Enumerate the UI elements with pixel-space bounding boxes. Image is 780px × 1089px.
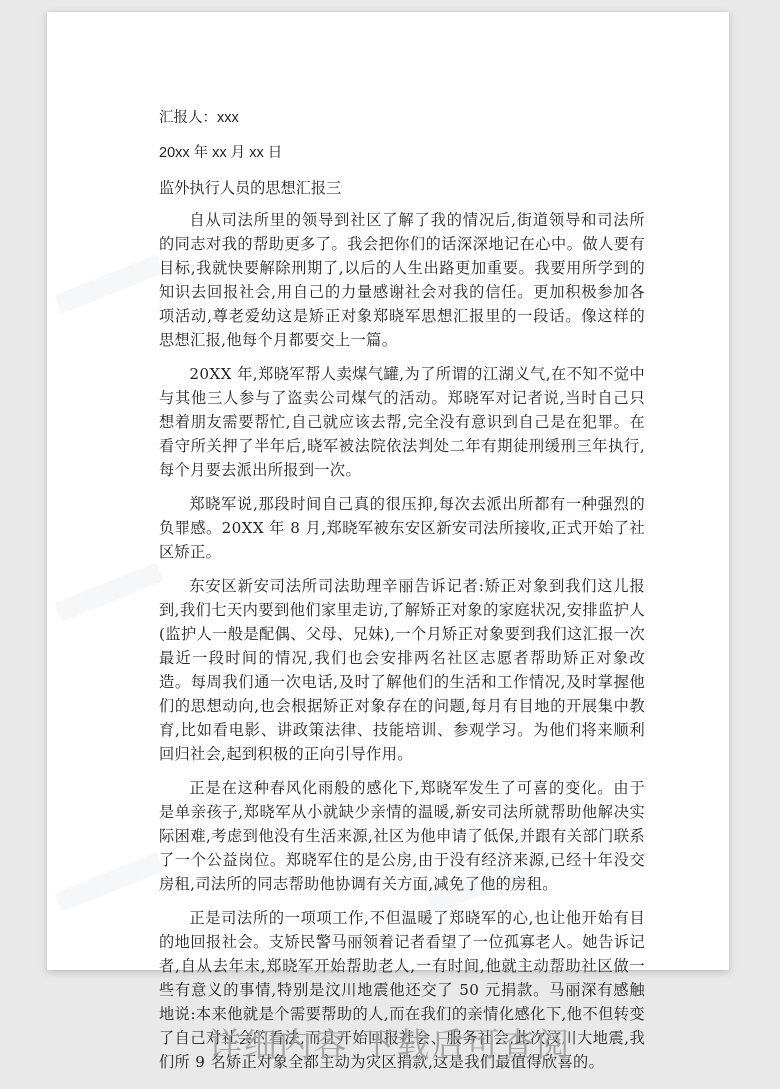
download-hint: 详细内容 下载后可查阅 [0, 1019, 780, 1066]
reporter-line: 汇报人：xxx [159, 106, 645, 130]
paragraph: 正是在这种春风化雨般的感化下,郑晓军发生了可喜的变化。由于是单亲孩子,郑晓军从小… [159, 776, 645, 896]
watermark [54, 254, 165, 318]
date-line: 20xx 年 xx 月 xx 日 [159, 141, 645, 165]
document-body: 汇报人：xxx 20xx 年 xx 月 xx 日 监外执行人员的思想汇报三 自从… [159, 106, 645, 1084]
watermark [54, 852, 165, 916]
document-title: 监外执行人员的思想汇报三 [159, 176, 645, 200]
paragraph: 郑晓军说,那段时间自己真的很压抑,每次去派出所都有一种强烈的负罪感。20XX 年… [159, 492, 645, 564]
watermark [54, 562, 165, 626]
paragraph: 自从司法所里的领导到社区了解了我的情况后,街道领导和司法所的同志对我的帮助更多了… [159, 208, 645, 352]
document-page: 汇报人：xxx 20xx 年 xx 月 xx 日 监外执行人员的思想汇报三 自从… [47, 12, 729, 970]
paragraph: 东安区新安司法所司法助理辛丽告诉记者:矫正对象到我们这儿报到,我们七天内要到他们… [159, 574, 645, 766]
paragraph: 20XX 年,郑晓军帮人卖煤气罐,为了所谓的江湖义气,在不知不觉中与其他三人参与… [159, 362, 645, 482]
